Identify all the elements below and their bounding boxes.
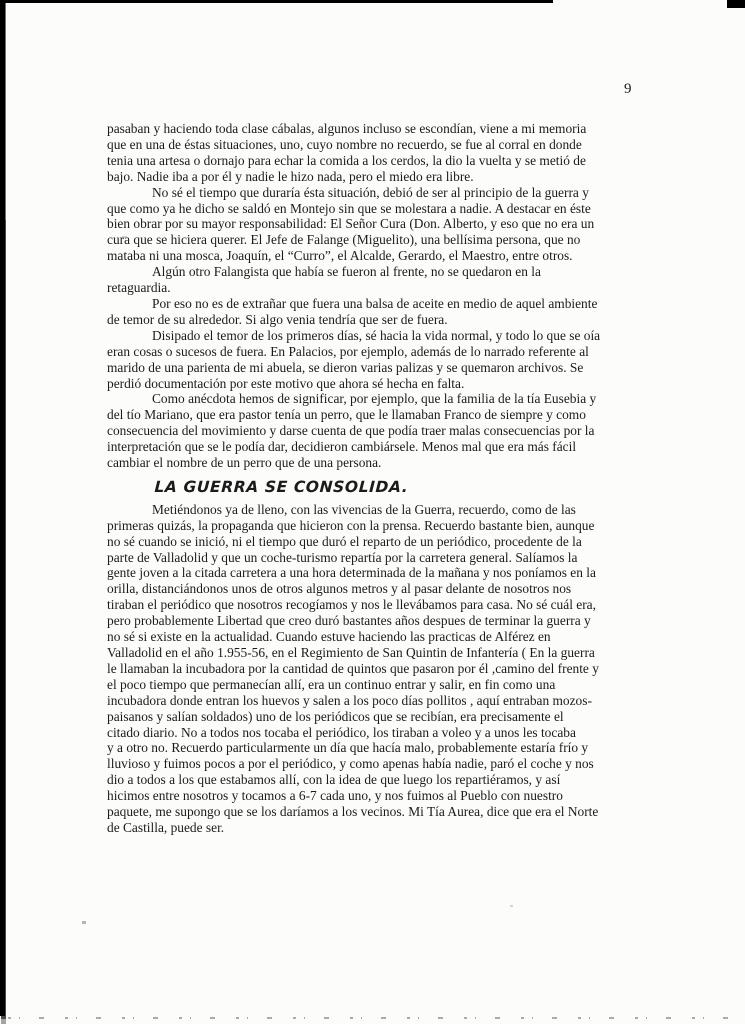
paragraph: No sé el tiempo que duraría ésta situaci… bbox=[107, 185, 652, 265]
scan-artifact-corner-mark bbox=[727, 0, 745, 8]
scan-artifact-top-bar bbox=[0, 0, 553, 3]
scan-artifact-left-bar bbox=[0, 0, 5, 1016]
scanned-page: 9 pasaban y haciendo toda clase cábalas,… bbox=[0, 0, 745, 1024]
page-number: 9 bbox=[624, 81, 632, 98]
scan-artifact-speck bbox=[82, 921, 86, 924]
section-heading: LA GUERRA SE CONSOLIDA. bbox=[107, 480, 653, 496]
paragraph: Por eso no es de extrañar que fuera una … bbox=[107, 296, 652, 328]
scan-artifact-dotted-line bbox=[8, 1017, 734, 1019]
paragraph: Metiéndonos ya de lleno, con las vivenci… bbox=[107, 502, 652, 836]
document-text-block: pasaban y haciendo toda clase cábalas, a… bbox=[107, 121, 652, 836]
paragraph: pasaban y haciendo toda clase cábalas, a… bbox=[107, 121, 652, 185]
paragraph: Como anécdota hemos de significar, por e… bbox=[107, 391, 652, 471]
scan-artifact-speck bbox=[510, 905, 513, 907]
paragraph: Disipado el temor de los primeros días, … bbox=[107, 328, 652, 392]
paragraph: Algún otro Falangista que había se fuero… bbox=[107, 264, 652, 296]
